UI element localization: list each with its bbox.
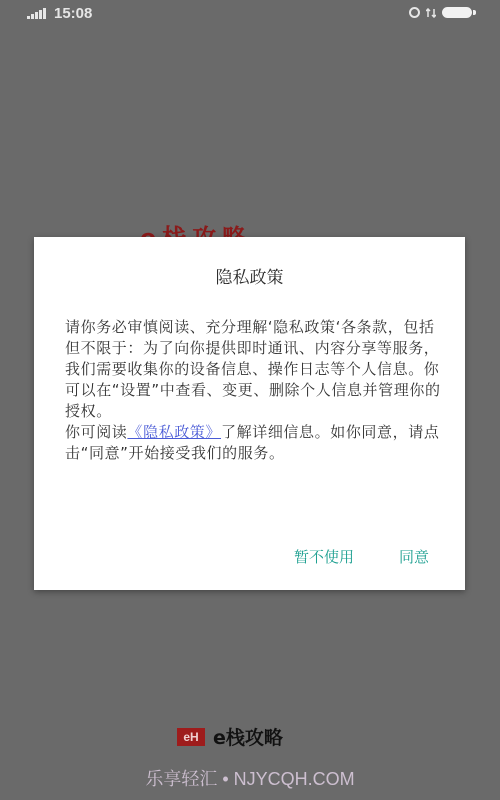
background-app-title: e栈攻略: [140, 218, 252, 238]
privacy-policy-link[interactable]: 《隐私政策》: [127, 423, 221, 441]
dialog-title: 隐私政策: [34, 263, 465, 288]
decline-button[interactable]: 暂不使用: [294, 546, 354, 567]
alarm-icon: [409, 7, 420, 18]
brand-name: e栈攻略: [213, 723, 283, 750]
battery-icon: [442, 7, 472, 18]
privacy-policy-dialog: 隐私政策 请你务必审慎阅读、充分理解‘隐私政策‘各条款，包括但不限于：为了向你提…: [34, 237, 465, 590]
watermark: 乐享轻汇 • NJYCQH.COM: [0, 765, 500, 791]
body-text-2-prefix: 你可阅读: [65, 423, 127, 441]
status-time: 15:08: [54, 5, 92, 22]
brand-logo-icon: eH: [177, 728, 205, 746]
dialog-body: 请你务必审慎阅读、充分理解‘隐私政策‘各条款，包括但不限于：为了向你提供即时通讯…: [65, 317, 450, 464]
accept-button[interactable]: 同意: [399, 546, 429, 567]
body-text-1: 请你务必审慎阅读、充分理解‘隐私政策‘各条款，包括但不限于：为了向你提供即时通讯…: [65, 318, 441, 420]
status-bar: 15:08: [0, 0, 500, 28]
brand-footer: eH e栈攻略: [177, 723, 283, 750]
network-icon: [426, 8, 436, 18]
signal-icon: [27, 8, 47, 19]
